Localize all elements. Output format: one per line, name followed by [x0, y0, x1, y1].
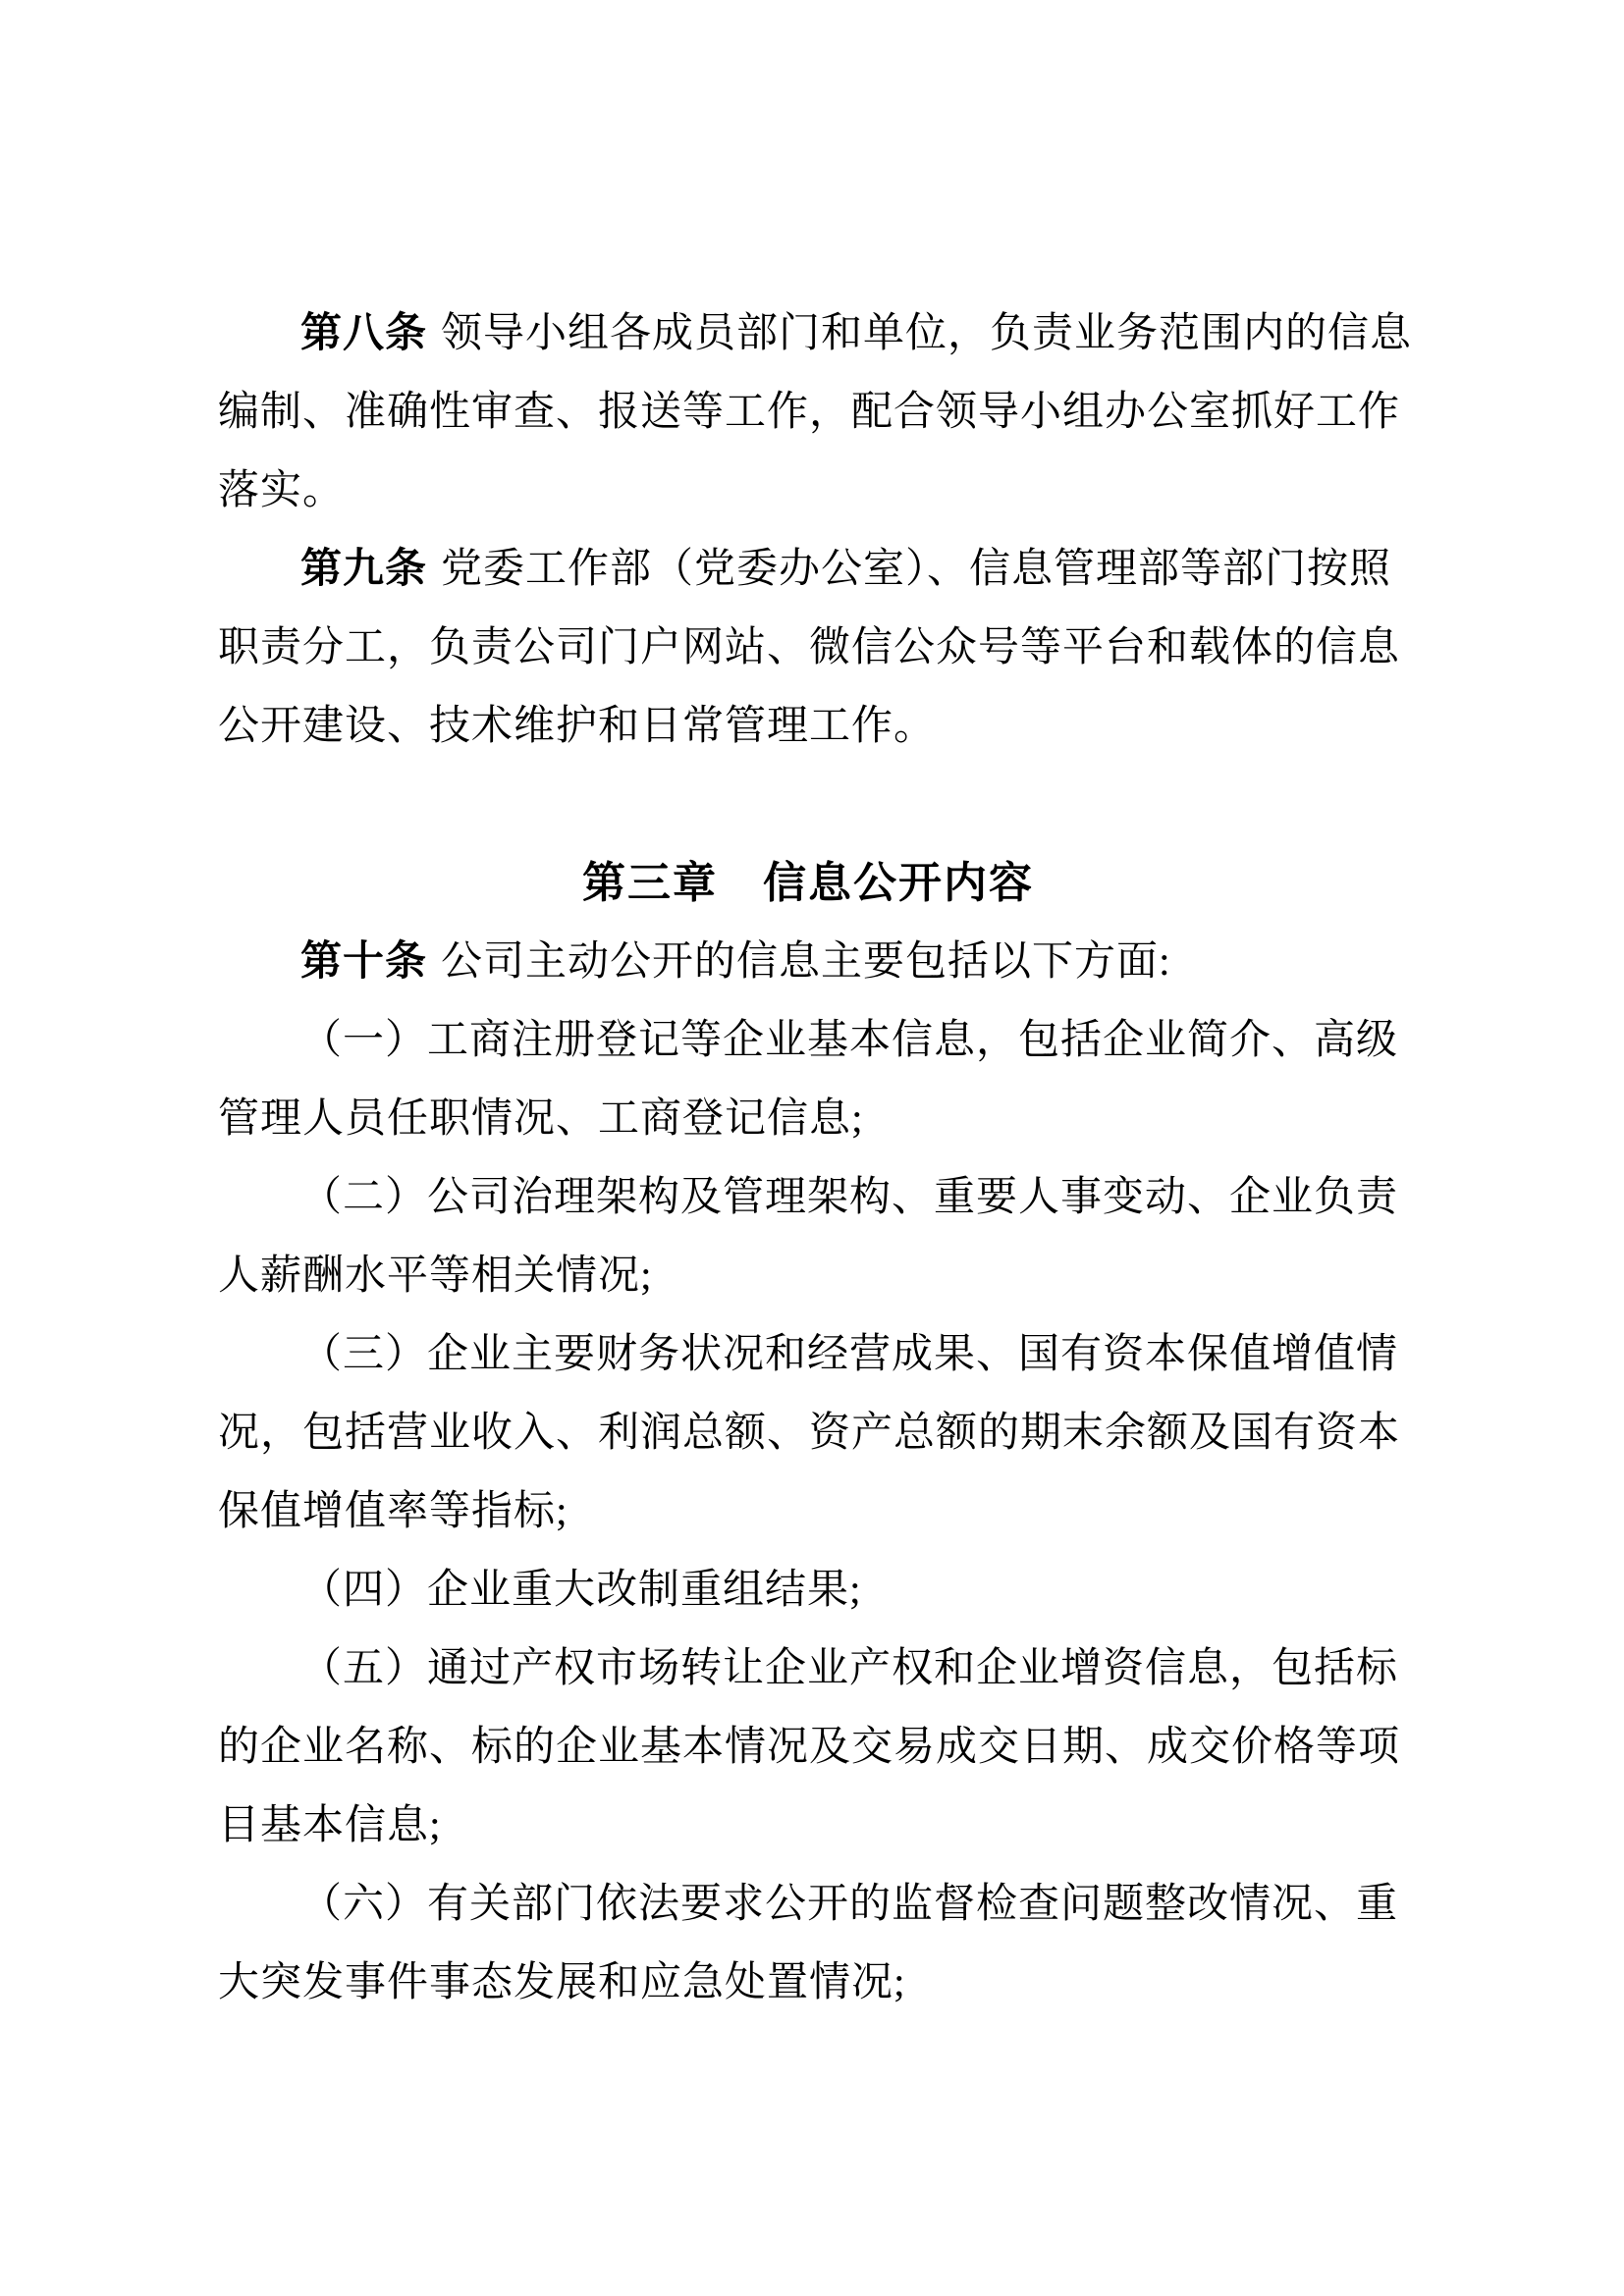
item-5-line-3: 目基本信息;	[218, 1787, 1398, 1865]
item-4-line-1: （四）企业重大改制重组结果;	[218, 1551, 1398, 1629]
article-8-text: 领导小组各成员部门和单位，负责业务范围内的信息	[441, 311, 1412, 356]
item-6-line-1: （六）有关部门依法要求公开的监督检查问题整改情况、重	[218, 1865, 1398, 1944]
item-3-line-1: （三）企业主要财务状况和经营成果、国有资本保值增值情	[218, 1315, 1398, 1394]
document-body: 第八条领导小组各成员部门和单位，负责业务范围内的信息编制、准确性审查、报送等工作…	[218, 294, 1398, 2022]
item-6-line-2: 大突发事件事态发展和应急处置情况;	[218, 1944, 1398, 2022]
article-8-line-3: 落实。	[218, 452, 1398, 530]
item-2-line-2: 人薪酬水平等相关情况;	[218, 1237, 1398, 1315]
article-8-line-2: 编制、准确性审查、报送等工作，配合领导小组办公室抓好工作	[218, 373, 1398, 452]
item-1-line-2: 管理人员任职情况、工商登记信息;	[218, 1080, 1398, 1158]
article-9-text: 党委工作部（党委办公室）、信息管理部等部门按照	[441, 547, 1391, 592]
item-3-line-3: 保值增值率等指标;	[218, 1472, 1398, 1551]
article-10-text: 公司主动公开的信息主要包括以下方面:	[441, 939, 1171, 985]
item-5-line-2: 的企业名称、标的企业基本情况及交易成交日期、成交价格等项	[218, 1708, 1398, 1787]
chapter-3-heading: 第三章 信息公开内容	[218, 844, 1398, 923]
article-9-line-1: 第九条党委工作部（党委办公室）、信息管理部等部门按照	[218, 530, 1398, 609]
article-9-line-3: 公开建设、技术维护和日常管理工作。	[218, 687, 1398, 766]
item-5-line-1: （五）通过产权市场转让企业产权和企业增资信息，包括标	[218, 1629, 1398, 1708]
article-9-line-2: 职责分工，负责公司门户网站、微信公众号等平台和载体的信息	[218, 609, 1398, 687]
article-8-number: 第八条	[300, 311, 427, 356]
item-2-line-1: （二）公司治理架构及管理架构、重要人事变动、企业负责	[218, 1158, 1398, 1237]
item-3-line-2: 况，包括营业收入、利润总额、资产总额的期末余额及国有资本	[218, 1394, 1398, 1472]
article-9-number: 第九条	[300, 547, 427, 592]
article-10-number: 第十条	[300, 939, 427, 985]
article-10-line-1: 第十条公司主动公开的信息主要包括以下方面:	[218, 923, 1398, 1001]
item-1-line-1: （一）工商注册登记等企业基本信息，包括企业简介、高级	[218, 1001, 1398, 1080]
document-page: 第八条领导小组各成员部门和单位，负责业务范围内的信息编制、准确性审查、报送等工作…	[0, 0, 1624, 2296]
article-8-line-1: 第八条领导小组各成员部门和单位，负责业务范围内的信息	[218, 294, 1398, 373]
